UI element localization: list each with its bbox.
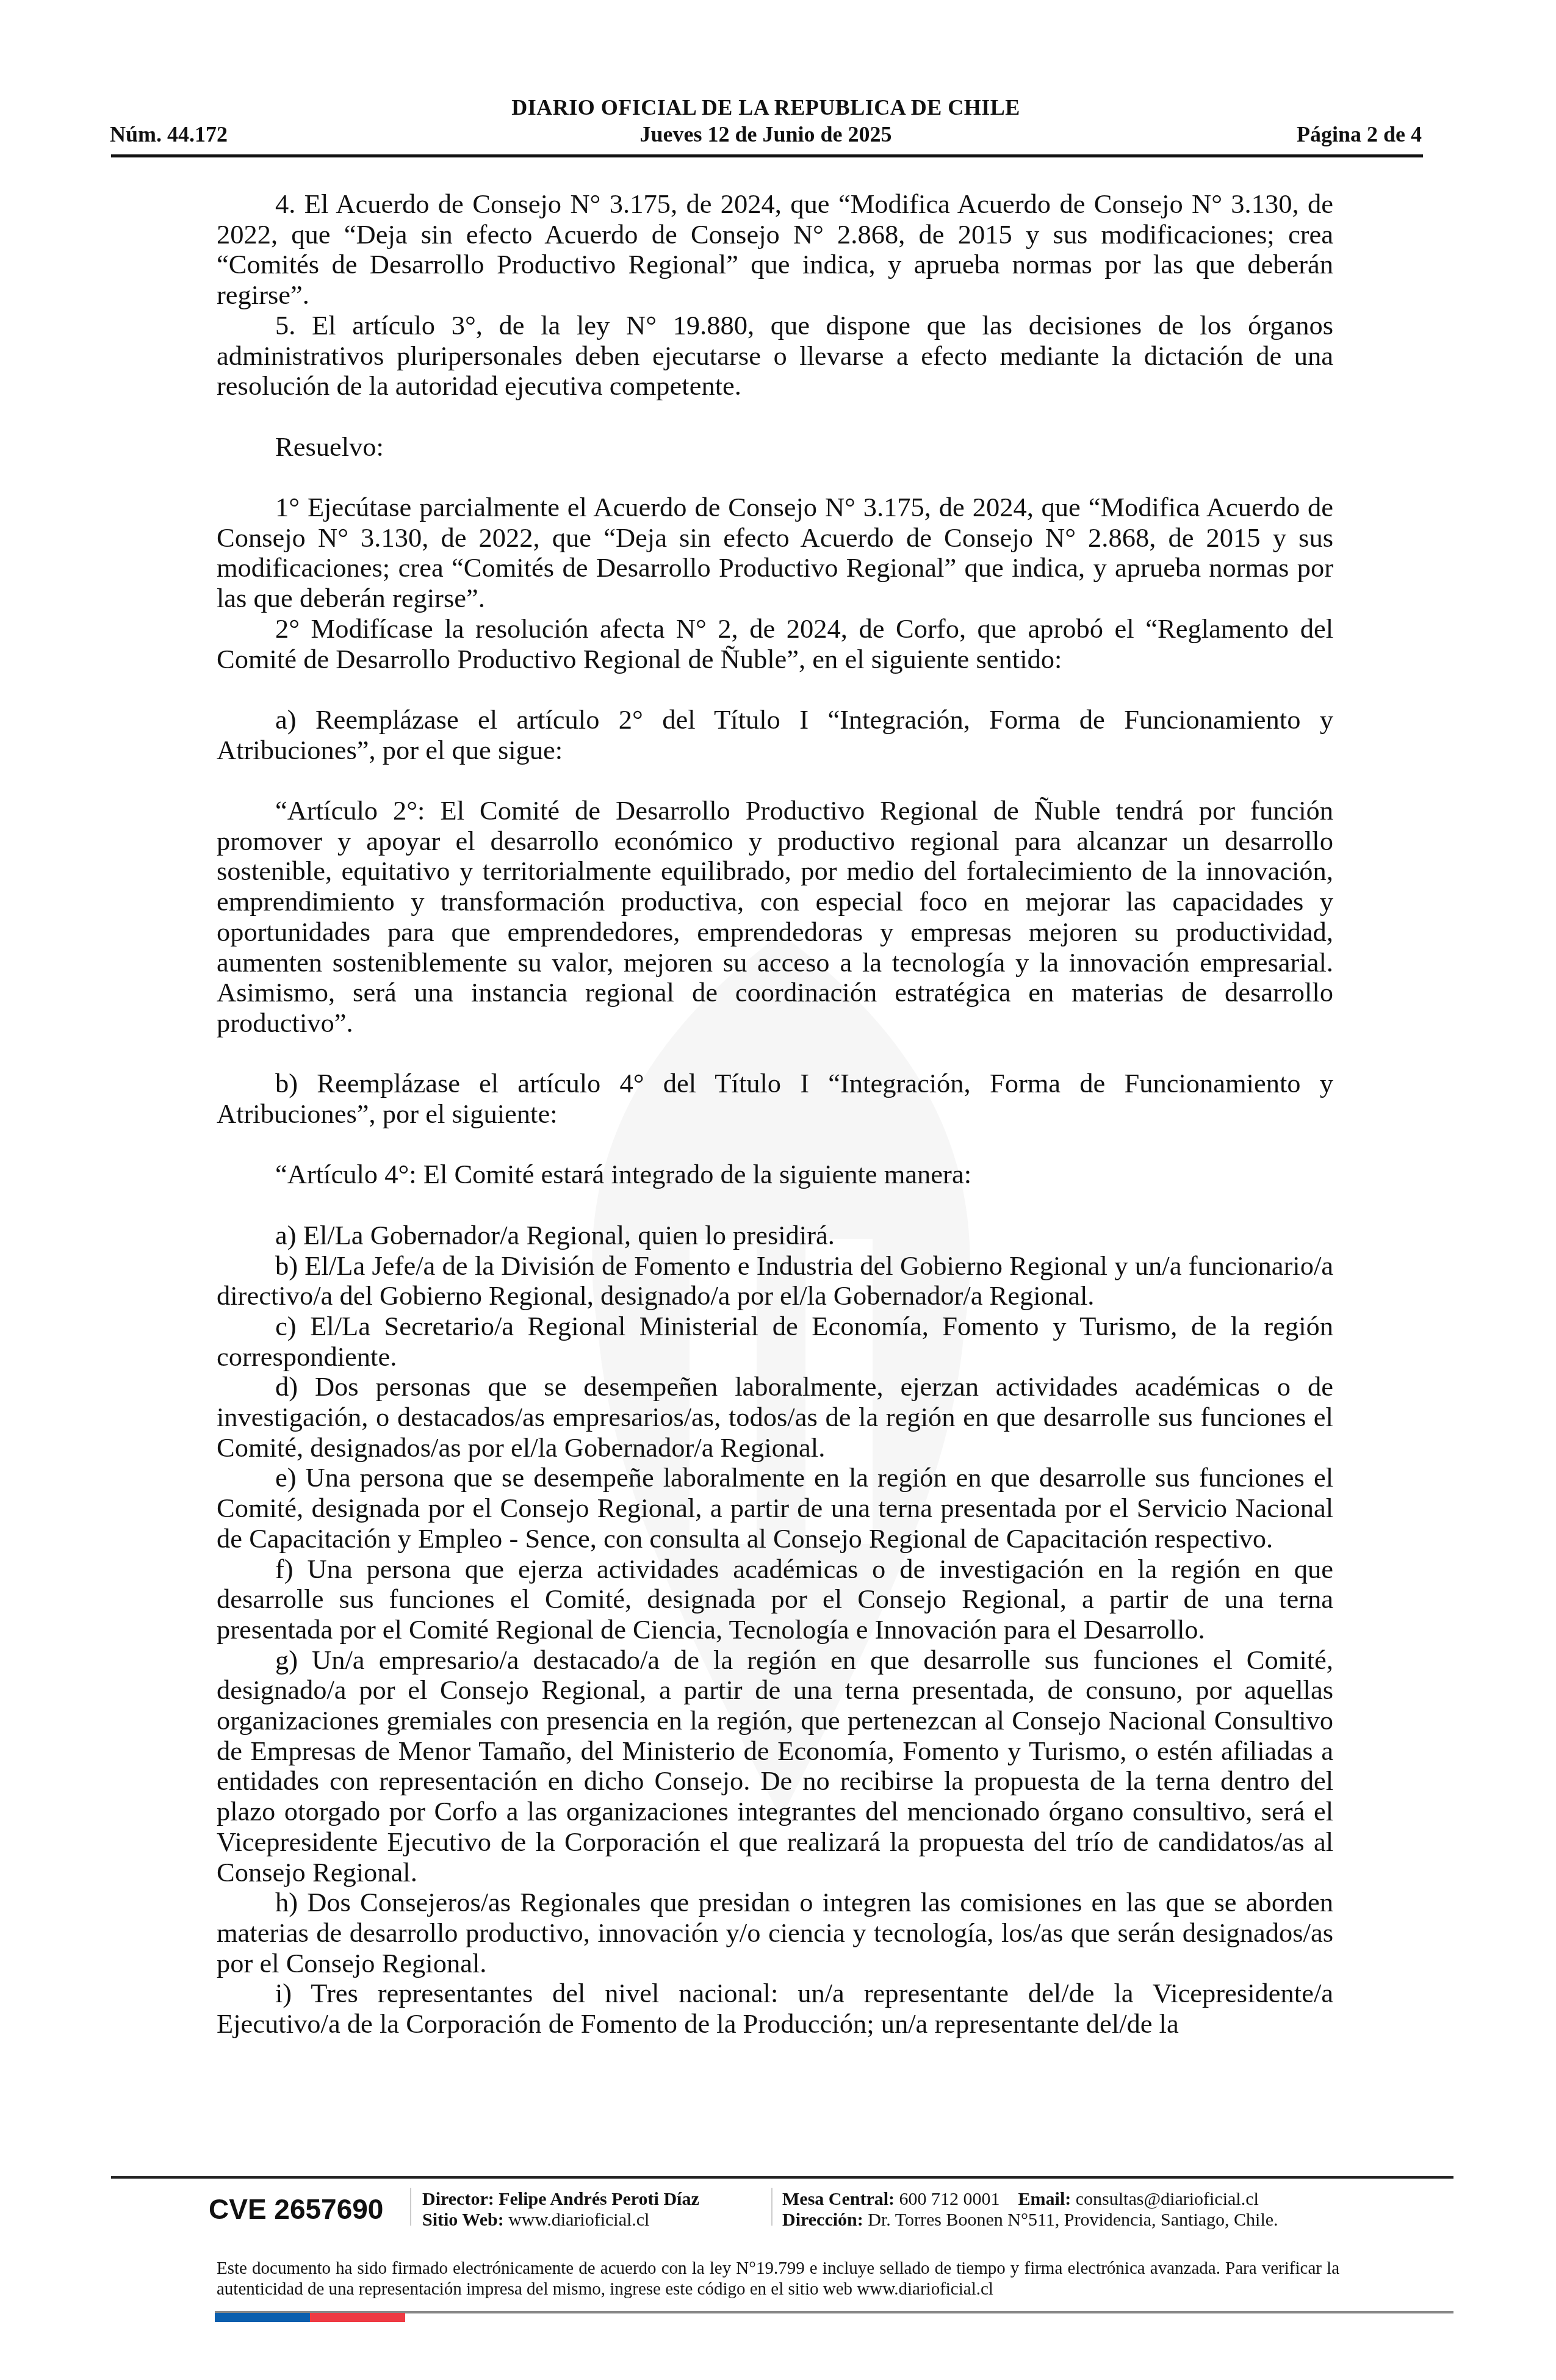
footer-contact-block: Mesa Central: 600 712 0001 Email: consul… (782, 2189, 1278, 2230)
resolution-2: 2° Modifícase la resolución afecta N° 2,… (217, 614, 1333, 674)
director-label: Director: (422, 2189, 494, 2209)
modification-b: b) Reemplázase el artículo 4° del Título… (217, 1069, 1333, 1129)
flag-stripe-red (310, 2313, 405, 2322)
member-d: d) Dos personas que se desempeñen labora… (217, 1372, 1333, 1463)
footer-director-block: Director: Felipe Andrés Peroti Díaz Siti… (422, 2189, 699, 2230)
publication-title: DIARIO OFICIAL DE LA REPUBLICA DE CHILE (110, 95, 1422, 120)
member-h: h) Dos Consejeros/as Regionales que pres… (217, 1888, 1333, 1978)
resuelvo-heading: Resuelvo: (217, 432, 1333, 463)
member-a: a) El/La Gobernador/a Regional, quien lo… (217, 1221, 1333, 1251)
article-2-text: “Artículo 2°: El Comité de Desarrollo Pr… (217, 796, 1333, 1039)
phone-label: Mesa Central: (782, 2189, 895, 2209)
website-label: Sitio Web: (422, 2210, 504, 2230)
member-c: c) El/La Secretario/a Regional Ministeri… (217, 1311, 1333, 1372)
modification-a: a) Reemplázase el artículo 2° del Título… (217, 705, 1333, 765)
document-body: 4. El Acuerdo de Consejo N° 3.175, de 20… (217, 189, 1333, 2039)
address-text: Dr. Torres Boonen N°511, Providencia, Sa… (868, 2210, 1278, 2230)
page-number: Página 2 de 4 (1297, 121, 1422, 147)
footer-divider (111, 2176, 1453, 2179)
header-divider (111, 154, 1423, 157)
member-e: e) Una persona que se desempeñe laboralm… (217, 1463, 1333, 1554)
address-label: Dirección: (782, 2210, 863, 2230)
email-link[interactable]: consultas@diarioficial.cl (1076, 2189, 1259, 2209)
director-name: Felipe Andrés Peroti Díaz (499, 2189, 699, 2209)
considerando-4: 4. El Acuerdo de Consejo N° 3.175, de 20… (217, 189, 1333, 311)
issue-date: Jueves 12 de Junio de 2025 (110, 121, 1422, 147)
flag-stripe-blue (215, 2313, 310, 2322)
considerando-5: 5. El artículo 3°, de la ley N° 19.880, … (217, 311, 1333, 402)
member-g: g) Un/a empresario/a destacado/a de la r… (217, 1645, 1333, 1888)
cve-code: CVE 2657690 (209, 2193, 383, 2226)
footer-separator (771, 2188, 773, 2226)
footer-separator (410, 2188, 411, 2226)
article-4-intro: “Artículo 4°: El Comité estará integrado… (217, 1159, 1333, 1190)
email-label: Email: (1018, 2189, 1072, 2209)
electronic-signature-notice: Este documento ha sido firmado electróni… (217, 2258, 1339, 2299)
page-header: DIARIO OFICIAL DE LA REPUBLICA DE CHILE … (110, 95, 1422, 156)
website-link[interactable]: www.diarioficial.cl (508, 2210, 649, 2230)
member-b: b) El/La Jefe/a de la División de Foment… (217, 1251, 1333, 1311)
member-i: i) Tres representantes del nivel naciona… (217, 1978, 1333, 2039)
resolution-1: 1° Ejecútase parcialmente el Acuerdo de … (217, 492, 1333, 614)
member-f: f) Una persona que ejerza actividades ac… (217, 1554, 1333, 1645)
phone-number: 600 712 0001 (899, 2189, 1000, 2209)
page-footer: CVE 2657690 Director: Felipe Andrés Pero… (111, 2188, 1453, 2237)
